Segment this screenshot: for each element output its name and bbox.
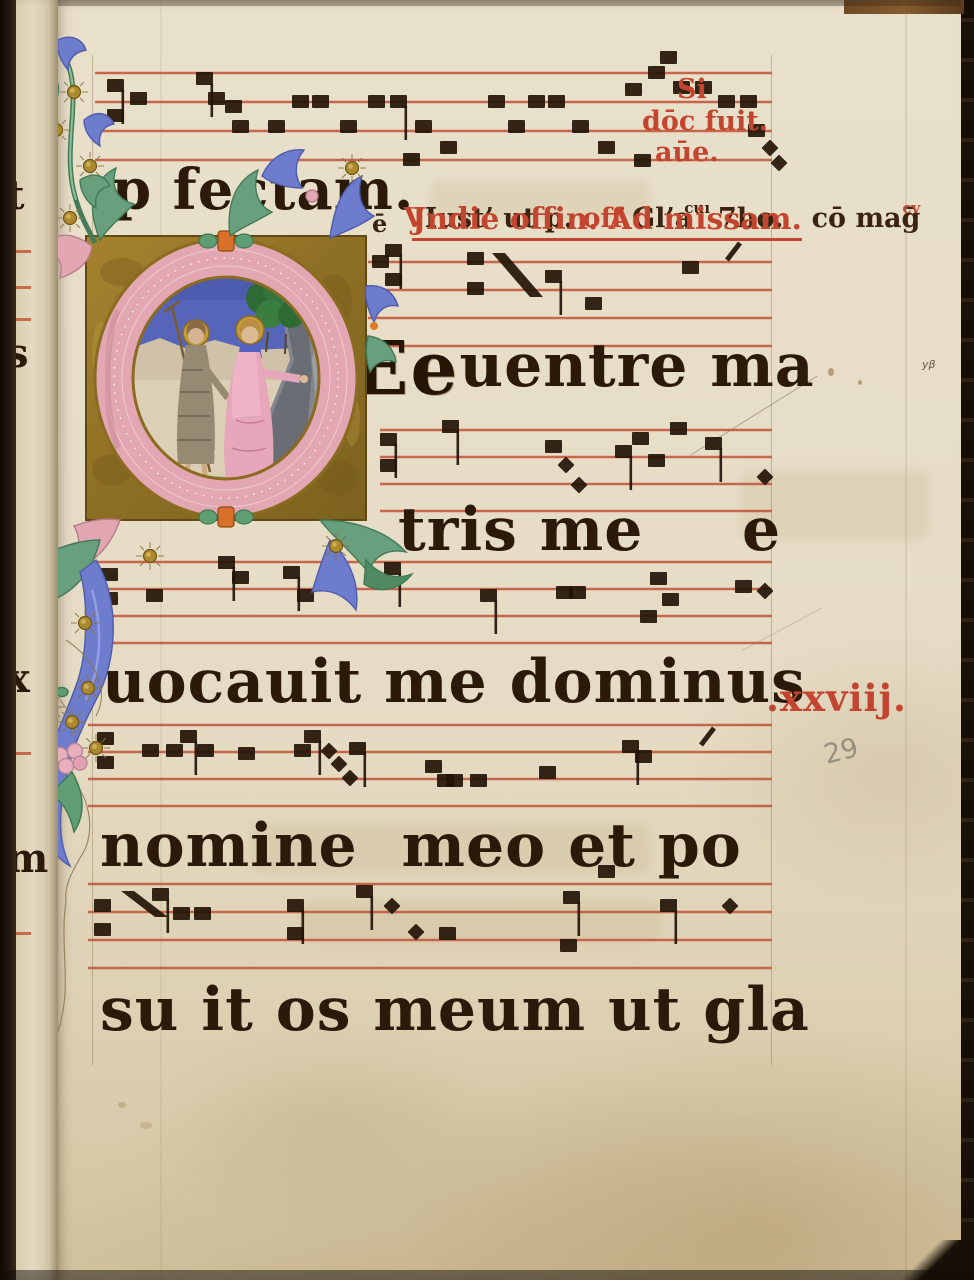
clipped-letter-fragment: s bbox=[16, 330, 29, 377]
clipped-letter-fragment: x bbox=[16, 655, 30, 702]
page-bottom-shadow bbox=[0, 1270, 974, 1280]
acanthus-foliage bbox=[18, 30, 412, 1056]
rubric-corner-2: dōc fuit. bbox=[642, 108, 768, 135]
staff-line-fragment bbox=[16, 318, 31, 321]
illuminated-initial-and-border bbox=[0, 0, 660, 1120]
ring-clasp-bottom bbox=[199, 507, 253, 527]
staff-line-fragment bbox=[16, 752, 31, 755]
manuscript-photo: Si dōc fuit. aūe. p fectam. VIust’ ut p.… bbox=[0, 0, 974, 1280]
staff-line-fragment bbox=[16, 932, 31, 935]
staff-line-fragment bbox=[16, 286, 31, 289]
staff-line-fragment bbox=[16, 250, 31, 253]
verse-superscript-2: cv bbox=[902, 199, 920, 217]
folio-number-red: .xxviij. bbox=[766, 680, 907, 717]
rubric-corner-3: aūe. bbox=[655, 139, 719, 166]
clipped-letter-fragment: m bbox=[16, 835, 48, 882]
clipped-letter-fragment: t bbox=[16, 172, 24, 219]
underlying-page-sliver: t s x m bbox=[16, 0, 58, 1280]
chant-line-3-end: e bbox=[742, 500, 781, 560]
book-edge-right bbox=[961, 0, 974, 1280]
ring-clasp-top bbox=[199, 231, 253, 251]
corner-inscription: yβ bbox=[922, 358, 936, 371]
page-top-shadow bbox=[58, 0, 961, 6]
book-edge-left bbox=[0, 0, 16, 1280]
rubric-corner-1: Si bbox=[677, 76, 707, 103]
